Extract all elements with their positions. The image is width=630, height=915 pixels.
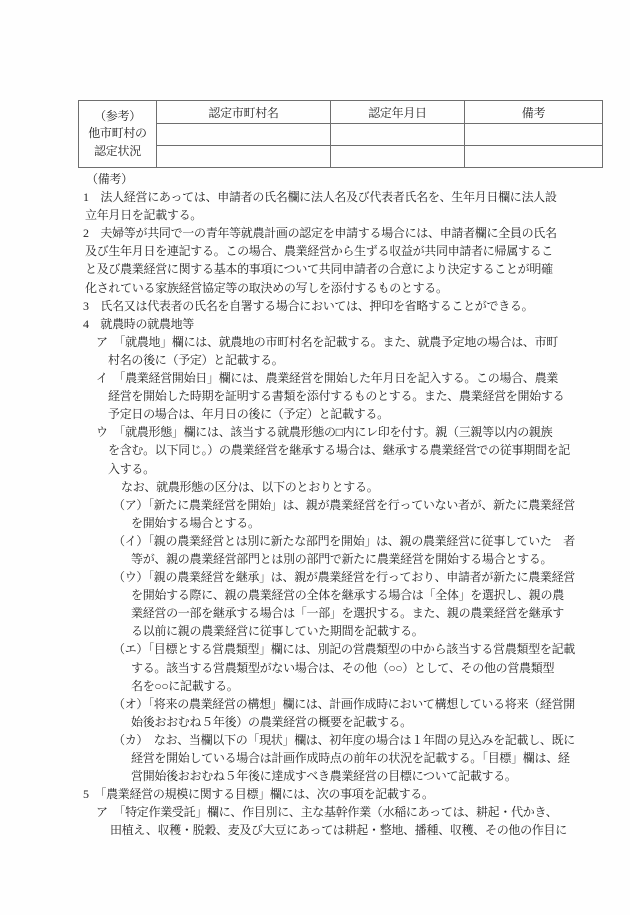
side-label-line: （参考） <box>79 108 156 126</box>
text-line: 5 「農業経営の規模に関する目標」欄には、次の事項を記載する。 <box>0 785 630 803</box>
table-empty-row <box>79 124 603 146</box>
column-header-certification-date: 認定年月日 <box>331 101 465 124</box>
notes-section: （備考）1 法人経営にあっては、申請者の氏名欄に法人名及び代表者氏名を、生年月日… <box>0 170 630 839</box>
text-line: 4 就農時の就農地等 <box>0 315 630 333</box>
table-header-row: （参考） 他市町村の 認定状況 認定市町村名 認定年月日 備考 <box>79 101 603 124</box>
text-line: 営開始後おおむね５年後に達成すべき農業経営の目標について記載する。 <box>0 767 630 785</box>
text-line: なお、就農形態の区分は、以下のとおりとする。 <box>0 478 630 496</box>
text-line: を開始する場合とする。 <box>0 514 630 532</box>
text-line: 業経営の一部を継承する場合は「一部」を選択する。また、親の農業経営を継承す <box>0 604 630 622</box>
text-line: 及び生年月日を連記する。この場合、農業経営から生ずる収益が共同申請者に帰属するこ <box>0 242 630 260</box>
document-page: （参考） 他市町村の 認定状況 認定市町村名 認定年月日 備考 （備考）1 法人… <box>0 0 630 915</box>
empty-remarks-cell <box>465 124 603 146</box>
text-line: イ 「農業経営開始日」欄には、農業経営を開始した年月日を記入する。この場合、農業 <box>0 369 630 387</box>
column-header-remarks: 備考 <box>465 101 603 124</box>
text-line: する。該当する営農類型がない場合は、その他（○○）として、その他の営農類型 <box>0 659 630 677</box>
text-line: 名を○○に記載する。 <box>0 677 630 695</box>
text-line: と及び農業経営に関する基本的事項について共同申請者の合意により決定することが明確 <box>0 260 630 278</box>
table-side-label: （参考） 他市町村の 認定状況 <box>79 101 157 168</box>
text-line: 化されている家族経営協定等の取決めの写しを添付するものとする。 <box>0 279 630 297</box>
text-line: （オ）「将来の農業経営の構想」欄には、計画作成時において構想している将来（経営開 <box>0 695 630 713</box>
side-label-line: 他市町村の <box>79 125 156 143</box>
empty-date-cell <box>331 124 465 146</box>
text-line: （ウ）「親の農業経営を継承」は、親が農業経営を行っており、申請者が新たに農業経営 <box>0 568 630 586</box>
text-line: 立年月日を記載する。 <box>0 206 630 224</box>
text-line: 経営を開始した時期を証明する書類を添付するものとする。また、農業経営を開始する <box>0 387 630 405</box>
text-line: 田植え、収穫・脱穀、麦及び大豆にあっては耕起・整地、播種、収穫、その他の作目に <box>0 821 630 839</box>
text-line: 1 法人経営にあっては、申請者の氏名欄に法人名及び代表者氏名を、生年月日欄に法人… <box>0 188 630 206</box>
text-line: る以前に親の農業経営に従事していた期間を記載する。 <box>0 622 630 640</box>
text-line: （ア）「新たに農業経営を開始」は、親が農業経営を行っていない者が、新たに農業経営 <box>0 496 630 514</box>
text-line: 予定日の場合は、年月日の後に（予定）と記載する。 <box>0 405 630 423</box>
notes-lines: （備考）1 法人経営にあっては、申請者の氏名欄に法人名及び代表者氏名を、生年月日… <box>0 170 630 839</box>
text-line: （備考） <box>0 170 630 188</box>
side-label-line: 認定状況 <box>79 143 156 161</box>
text-line: を含む。以下同じ。）の農業経営を継承する場合は、継承する農業経営での従事期間を記 <box>0 441 630 459</box>
column-header-certifying-municipality: 認定市町村名 <box>157 101 331 124</box>
text-line: ア 「就農地」欄には、就農地の市町村名を記載する。また、就農予定地の場合は、市町 <box>0 333 630 351</box>
text-line: 等が、親の農業経営部門とは別の部門で新たに農業経営を開始する場合とする。 <box>0 550 630 568</box>
text-line: （カ） なお、当欄以下の「現状」欄は、初年度の場合は１年間の見込みを記載し、既に <box>0 731 630 749</box>
text-line: 2 夫婦等が共同で一の青年等就農計画の認定を申請する場合には、申請者欄に全員の氏… <box>0 224 630 242</box>
text-line: （イ）「親の農業経営とは別に新たな部門を開始」は、親の農業経営に従事していた 者 <box>0 532 630 550</box>
text-line: 3 氏名又は代表者の氏名を自署する場合においては、押印を省略することができる。 <box>0 297 630 315</box>
text-line: 村名の後に（予定）と記載する。 <box>0 351 630 369</box>
text-line: 経営を開始している場合は計画作成時点の前年の状況を記載する。「目標」欄は、経 <box>0 749 630 767</box>
text-line: を開始する際に、親の農業経営の全体を継承する場合は「全体」を選択し、親の農 <box>0 586 630 604</box>
empty-municipality-cell <box>157 124 331 146</box>
other-municipality-certification-table: （参考） 他市町村の 認定状況 認定市町村名 認定年月日 備考 <box>78 100 603 168</box>
text-line: 始後おおむね５年後）の農業経営の概要を記載する。 <box>0 713 630 731</box>
table-empty-row <box>79 146 603 168</box>
text-line: ア 「特定作業受託」欄に、作目別に、主な基幹作業（水稲にあっては、耕起・代かき、 <box>0 803 630 821</box>
empty-municipality-cell <box>157 146 331 168</box>
text-line: （エ）「目標とする営農類型」欄には、別記の営農類型の中から該当する営農類型を記載 <box>0 640 630 658</box>
empty-date-cell <box>331 146 465 168</box>
text-line: ウ 「就農形態」欄には、該当する就農形態の□内にレ印を付す。親（三親等以内の親族 <box>0 423 630 441</box>
empty-remarks-cell <box>465 146 603 168</box>
text-line: 入する。 <box>0 460 630 478</box>
